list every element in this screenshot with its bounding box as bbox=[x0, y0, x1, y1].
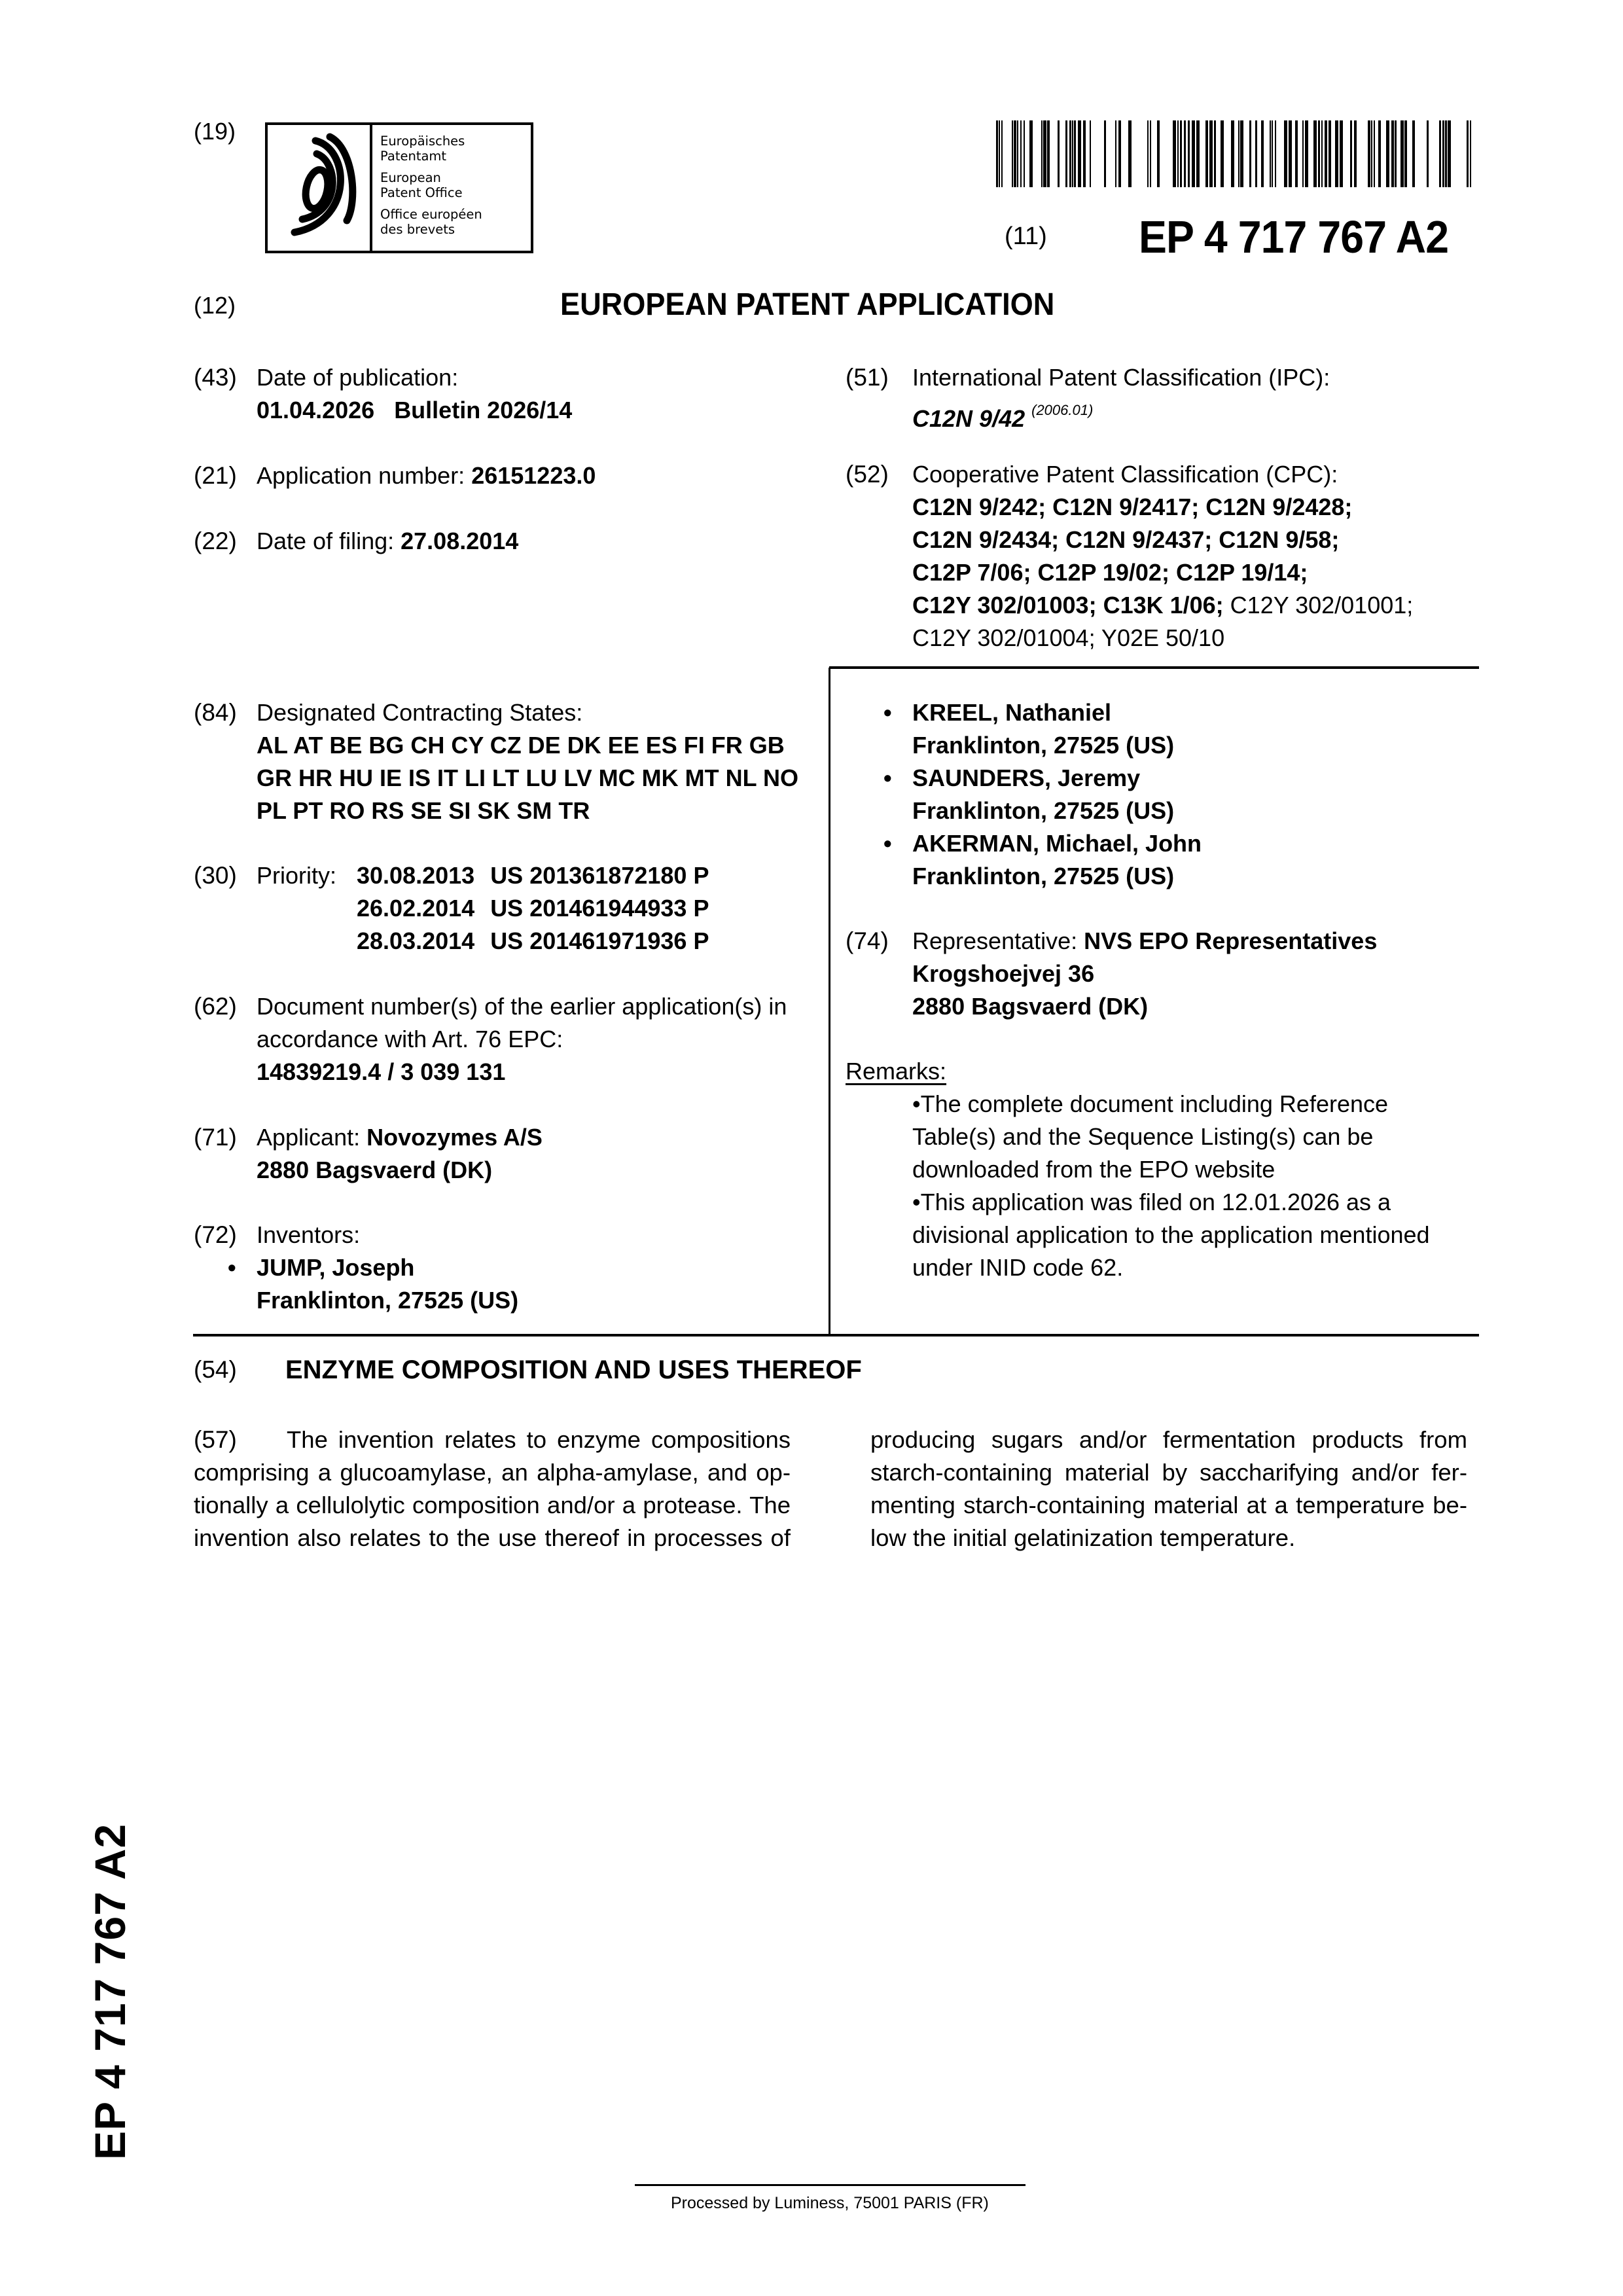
office-name-de-2: Patentamt bbox=[380, 149, 482, 164]
inventor-item: • AKERMAN, Michael, John Franklinton, 27… bbox=[912, 827, 1202, 893]
footer-rule bbox=[635, 2184, 1026, 2186]
divider-title bbox=[193, 1334, 1479, 1336]
cpc-bold: C12P 7/06; C12P 19/02; C12P 19/14; bbox=[912, 559, 1308, 586]
abstract-line: tionally a cellulolytic composition and/… bbox=[194, 1489, 791, 1522]
applicant-address: 2880 Bagsvaerd (DK) bbox=[257, 1154, 543, 1187]
remark-line: •The complete document including Referen… bbox=[912, 1088, 1430, 1121]
cpc-normal: C12Y 302/01001; bbox=[1224, 592, 1414, 619]
publication-date-block: Date of publication: 01.04.2026Bulletin … bbox=[257, 361, 572, 427]
filing-date-label: Date of filing: bbox=[257, 528, 401, 554]
barcode-icon bbox=[996, 120, 1474, 187]
remark-item: •The complete document including Referen… bbox=[912, 1088, 1430, 1186]
ipc-class: C12N 9/42 bbox=[912, 405, 1025, 432]
remarks-label: Remarks: bbox=[846, 1058, 946, 1085]
representative-name: NVS EPO Representatives bbox=[1084, 927, 1377, 954]
divider-vertical bbox=[829, 668, 830, 1335]
cpc-bold: C12N 9/242; C12N 9/2417; C12N 9/2428; bbox=[912, 493, 1352, 520]
cpc-bold: C12Y 302/01003; C13K 1/06; bbox=[912, 592, 1224, 619]
inid-code-84: (84) bbox=[194, 696, 237, 729]
remarks-block: Remarks: •The complete document includin… bbox=[846, 1055, 1430, 1284]
abstract-line: comprising a glucoamylase, an alpha-amyl… bbox=[194, 1456, 791, 1489]
inid-code-52: (52) bbox=[846, 458, 889, 491]
inventor-item: • KREEL, Nathaniel Franklinton, 27525 (U… bbox=[912, 696, 1202, 762]
filing-date: 27.08.2014 bbox=[401, 528, 518, 554]
representative-label: Representative: bbox=[912, 927, 1084, 954]
office-name-fr-1: Office européen bbox=[380, 207, 482, 223]
abstract-line: menting starch-containing material at a … bbox=[870, 1489, 1467, 1522]
inventor-name: KREEL, Nathaniel bbox=[912, 696, 1202, 729]
designated-states-label: Designated Contracting States: bbox=[257, 696, 798, 729]
priority-entry: 26.02.2014US 201461944933 P bbox=[357, 892, 709, 925]
remark-line: •This application was filed on 12.01.202… bbox=[912, 1186, 1430, 1219]
ipc-block: International Patent Classification (IPC… bbox=[912, 361, 1330, 435]
remark-line: divisional application to the applicatio… bbox=[912, 1219, 1430, 1251]
inventor-address: Franklinton, 27525 (US) bbox=[912, 795, 1202, 827]
inid-code-51: (51) bbox=[846, 361, 889, 394]
abstract-line: low the initial gelatinization temperatu… bbox=[870, 1522, 1467, 1554]
priority-date: 28.03.2014 bbox=[357, 927, 474, 954]
bullet-icon: • bbox=[883, 827, 892, 860]
application-number-block: Application number: 26151223.0 bbox=[257, 459, 596, 492]
applicant-label: Applicant: bbox=[257, 1124, 366, 1151]
document-type: EUROPEAN PATENT APPLICATION bbox=[560, 287, 1054, 323]
priority-entry: 30.08.2013US 201361872180 P bbox=[357, 859, 709, 892]
cpc-bold: C12N 9/2434; C12N 9/2437; C12N 9/58; bbox=[912, 526, 1339, 553]
office-name-en-1: European bbox=[380, 171, 482, 186]
remark-line: under INID code 62. bbox=[912, 1251, 1430, 1284]
cpc-normal: C12Y 302/01004; Y02E 50/10 bbox=[912, 624, 1224, 651]
application-number: 26151223.0 bbox=[471, 462, 596, 489]
abstract-line: invention also relates to the use thereo… bbox=[194, 1522, 791, 1554]
earlier-application-block: Document number(s) of the earlier applic… bbox=[257, 990, 787, 1088]
applicant-name: Novozymes A/S bbox=[366, 1124, 543, 1151]
ipc-version: (2006.01) bbox=[1031, 402, 1093, 418]
inventors-block: Inventors: • JUMP, Joseph Franklinton, 2… bbox=[257, 1219, 518, 1317]
cpc-label: Cooperative Patent Classification (CPC): bbox=[912, 458, 1413, 491]
designated-states-block: Designated Contracting States: AL AT BE … bbox=[257, 696, 798, 827]
inid-code-54: (54) bbox=[194, 1354, 237, 1386]
earlier-application-number: 14839219.4 / 3 039 131 bbox=[257, 1056, 787, 1088]
priority-date: 30.08.2013 bbox=[357, 862, 474, 889]
inventors-continued: • KREEL, Nathaniel Franklinton, 27525 (U… bbox=[912, 696, 1202, 893]
abstract-line: producing sugars and/or fermentation pro… bbox=[870, 1424, 1467, 1456]
abstract-left-column: The invention relates to enzyme composit… bbox=[194, 1424, 791, 1554]
abstract-line: starch-containing material by saccharify… bbox=[870, 1456, 1467, 1489]
cpc-block: Cooperative Patent Classification (CPC):… bbox=[912, 458, 1413, 655]
abstract-right-column: producing sugars and/or fermentation pro… bbox=[870, 1424, 1467, 1554]
publication-date: 01.04.2026 bbox=[257, 397, 374, 423]
office-name: Europäisches Patentamt European Patent O… bbox=[372, 125, 482, 251]
filing-date-block: Date of filing: 27.08.2014 bbox=[257, 525, 518, 558]
application-number-label: Application number: bbox=[257, 462, 471, 489]
priority-number: US 201361872180 P bbox=[490, 862, 709, 889]
inid-code-43: (43) bbox=[194, 361, 237, 394]
inventor-name: SAUNDERS, Jeremy bbox=[912, 762, 1202, 795]
office-name-de-1: Europäisches bbox=[380, 134, 482, 149]
invention-title: ENZYME COMPOSITION AND USES THEREOF bbox=[285, 1352, 862, 1388]
earlier-application-label: accordance with Art. 76 EPC: bbox=[257, 1023, 787, 1056]
office-name-fr-2: des brevets bbox=[380, 223, 482, 238]
publication-number: EP 4 717 767 A2 bbox=[1139, 211, 1448, 263]
inventor-name: JUMP, Joseph bbox=[257, 1251, 518, 1284]
inventor-address: Franklinton, 27525 (US) bbox=[912, 860, 1202, 893]
remark-line: downloaded from the EPO website bbox=[912, 1153, 1430, 1186]
priority-label: Priority: bbox=[257, 859, 336, 892]
bulletin: Bulletin 2026/14 bbox=[394, 397, 572, 423]
inventor-address: Franklinton, 27525 (US) bbox=[257, 1284, 518, 1317]
representative-address: Krogshoejvej 36 bbox=[912, 958, 1377, 990]
inid-code-11: (11) bbox=[1005, 223, 1047, 251]
inid-code-19: (19) bbox=[194, 118, 236, 145]
epo-logo: Europäisches Patentamt European Patent O… bbox=[265, 122, 533, 253]
inventor-item: • SAUNDERS, Jeremy Franklinton, 27525 (U… bbox=[912, 762, 1202, 827]
office-name-en-2: Patent Office bbox=[380, 186, 482, 201]
epo-logo-icon bbox=[268, 125, 372, 251]
priority-date: 26.02.2014 bbox=[357, 895, 474, 922]
designated-states-line: GR HR HU IE IS IT LI LT LU LV MC MK MT N… bbox=[257, 762, 798, 795]
remark-item: •This application was filed on 12.01.202… bbox=[912, 1186, 1430, 1284]
inid-code-30: (30) bbox=[194, 859, 237, 892]
inid-code-72: (72) bbox=[194, 1219, 237, 1251]
representative-block: Representative: NVS EPO Representatives … bbox=[912, 925, 1377, 1023]
designated-states-line: PL PT RO RS SE SI SK SM TR bbox=[257, 795, 798, 827]
inid-code-74: (74) bbox=[846, 925, 889, 958]
applicant-block: Applicant: Novozymes A/S 2880 Bagsvaerd … bbox=[257, 1121, 543, 1187]
inid-code-71: (71) bbox=[194, 1121, 237, 1154]
inventors-label: Inventors: bbox=[257, 1219, 518, 1251]
priority-entry: 28.03.2014US 201461971936 P bbox=[357, 925, 709, 958]
footer-processed-by: Processed by Luminess, 75001 PARIS (FR) bbox=[671, 2194, 989, 2213]
priority-list: 30.08.2013US 201361872180 P 26.02.2014US… bbox=[357, 859, 709, 958]
bullet-icon: • bbox=[228, 1251, 236, 1284]
inventor-item: • JUMP, Joseph Franklinton, 27525 (US) bbox=[257, 1251, 518, 1317]
ipc-label: International Patent Classification (IPC… bbox=[912, 361, 1330, 394]
publication-date-label: Date of publication: bbox=[257, 361, 572, 394]
inid-code-62: (62) bbox=[194, 990, 237, 1023]
abstract-line: The invention relates to enzyme composit… bbox=[194, 1424, 791, 1456]
side-publication-number: EP 4 717 767 A2 bbox=[85, 1823, 135, 2160]
priority-number: US 201461944933 P bbox=[490, 895, 709, 922]
earlier-application-label: Document number(s) of the earlier applic… bbox=[257, 990, 787, 1023]
priority-number: US 201461971936 P bbox=[490, 927, 709, 954]
bullet-icon: • bbox=[883, 762, 892, 795]
inid-code-21: (21) bbox=[194, 459, 237, 492]
representative-address: 2880 Bagsvaerd (DK) bbox=[912, 990, 1377, 1023]
inventor-name: AKERMAN, Michael, John bbox=[912, 827, 1202, 860]
designated-states-line: AL AT BE BG CH CY CZ DE DK EE ES FI FR G… bbox=[257, 729, 798, 762]
divider-top-right bbox=[829, 666, 1479, 669]
inid-code-12: (12) bbox=[194, 292, 236, 319]
bullet-icon: • bbox=[883, 696, 892, 729]
remark-line: Table(s) and the Sequence Listing(s) can… bbox=[912, 1121, 1430, 1153]
inid-code-22: (22) bbox=[194, 525, 237, 558]
inventor-address: Franklinton, 27525 (US) bbox=[912, 729, 1202, 762]
